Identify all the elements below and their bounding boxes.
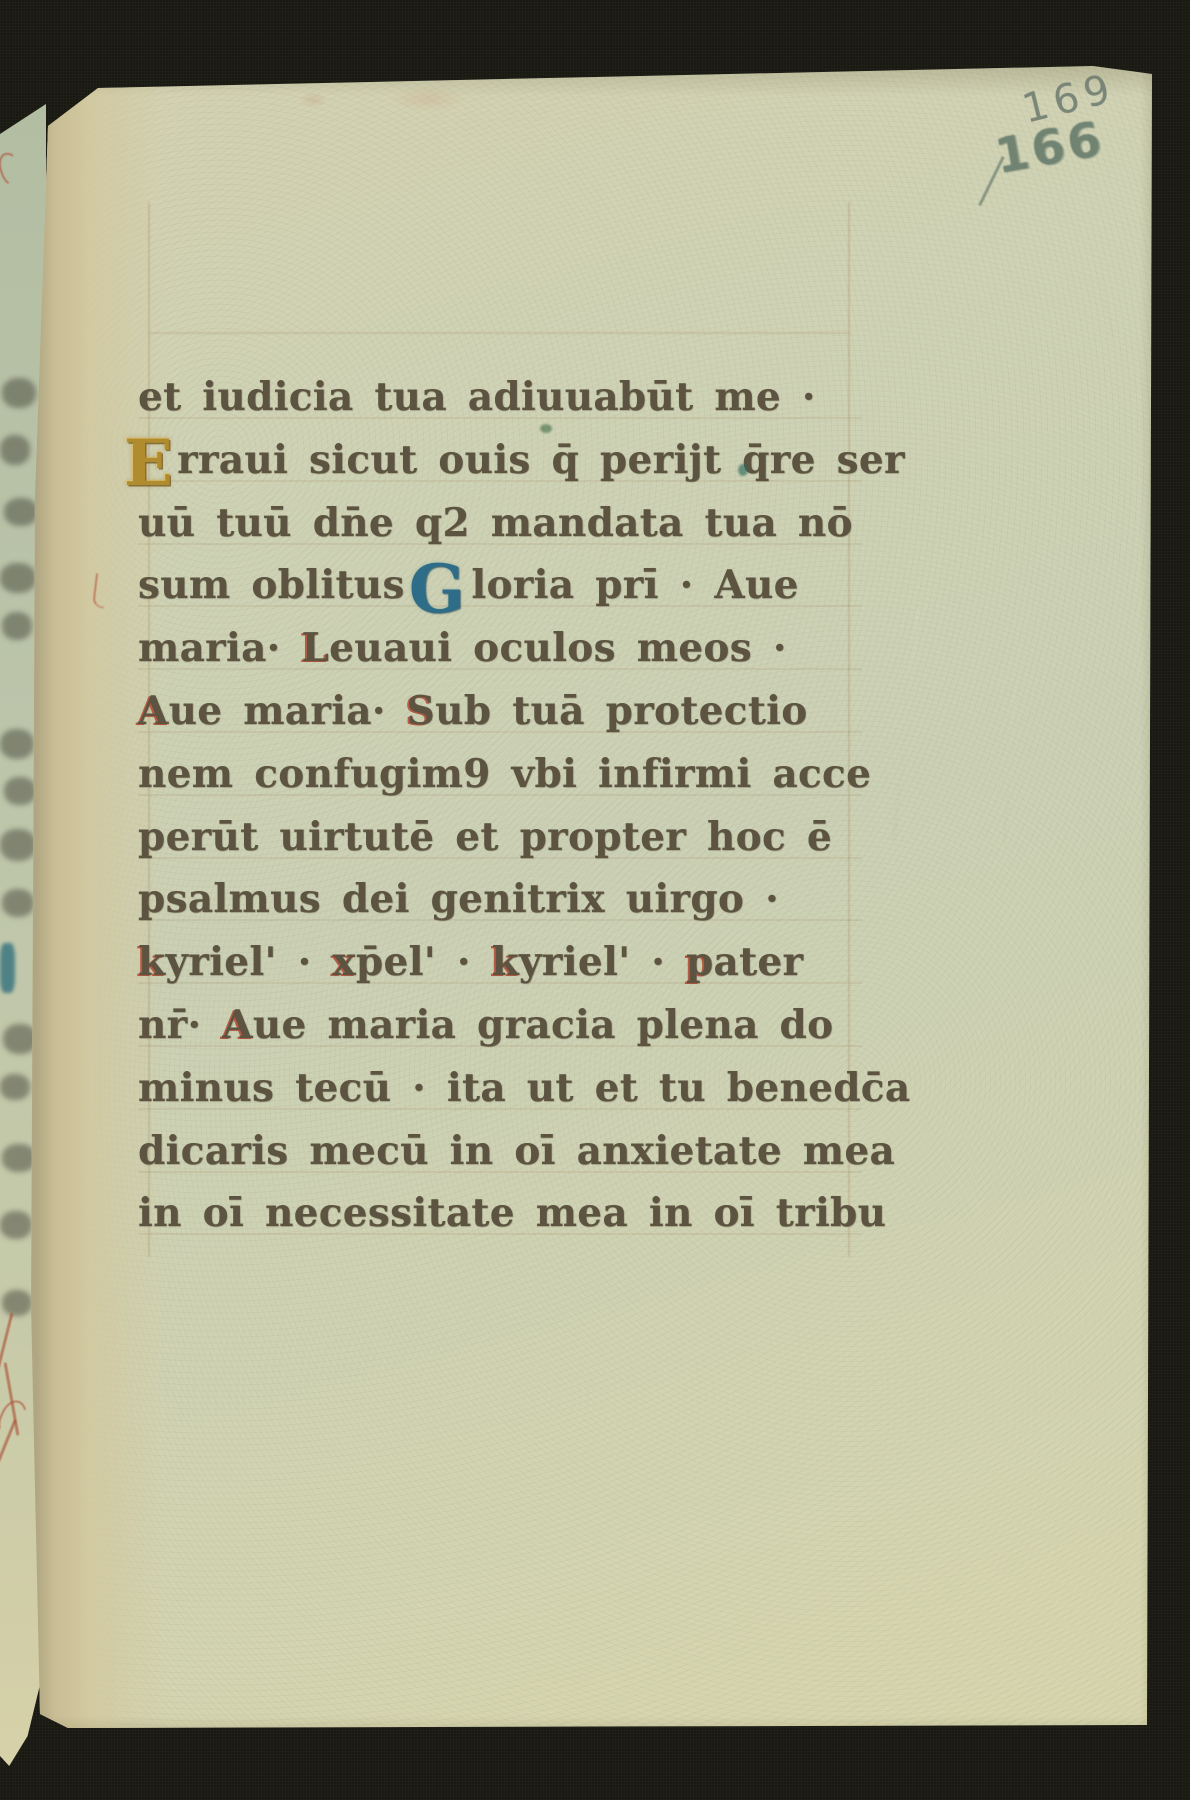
text-segment: yriel' · bbox=[519, 939, 686, 985]
manuscript-line: nem confugim9 vbi infirmi acce bbox=[138, 743, 862, 806]
prev-page-text-fragment bbox=[0, 435, 30, 465]
manuscript-line: minus tecū · ita ut et tu benedc̄a bbox=[138, 1057, 862, 1120]
manuscript-line: dicaris mecū in oī anxietate mea bbox=[138, 1120, 862, 1183]
text-segment: ue maria· bbox=[169, 688, 407, 734]
text-segment: nem confugim9 vbi infirmi acce bbox=[138, 751, 871, 797]
text-segment: et iudicia tua adiuuabūt me · bbox=[138, 374, 816, 420]
text-segment: dicaris mecū in oī anxietate mea bbox=[138, 1128, 895, 1174]
text-segment: uū tuū dn̄e q2 mandata tua nō bbox=[138, 500, 853, 546]
manuscript-line: perūt uirtutē et propter hoc ē bbox=[138, 806, 862, 869]
rubric-segment: A bbox=[138, 688, 169, 734]
text-segment: rraui sicut ouis q̄ perijt q̄re ser bbox=[177, 437, 905, 483]
prev-page-text-fragment bbox=[2, 889, 34, 917]
prev-page-text-fragment bbox=[0, 829, 36, 861]
text-segment: ater bbox=[714, 939, 804, 985]
page-edge-shadow bbox=[28, 66, 1154, 96]
prev-page-text-fragment bbox=[4, 498, 38, 526]
manuscript-page: 169 166 et iudicia tua adiuuabūt me ·Err… bbox=[28, 66, 1154, 1730]
manuscript-photo: 169 166 et iudicia tua adiuuabūt me ·Err… bbox=[0, 0, 1190, 1800]
margin-red-mark bbox=[92, 573, 108, 608]
prev-page-text-fragment bbox=[2, 378, 36, 408]
text-block: et iudicia tua adiuuabūt me ·Erraui sicu… bbox=[138, 366, 862, 1245]
red-pen-flourish bbox=[0, 149, 27, 188]
text-segment: psalmus dei genitrix uirgo · bbox=[138, 876, 779, 922]
text-segment: yriel' · bbox=[165, 939, 332, 985]
text-segment: in oī necessitate mea in oī tribu bbox=[138, 1190, 886, 1236]
text-segment: maria· bbox=[138, 625, 301, 671]
rubric-segment: S bbox=[407, 688, 435, 734]
blue-initial-segment: G bbox=[409, 560, 466, 619]
prev-page-text-fragment bbox=[0, 563, 36, 593]
rubric-segment: L bbox=[301, 625, 329, 671]
manuscript-line: kyriel' · xp̄el' · kyriel' · pater bbox=[138, 931, 862, 994]
page-edge-shadow bbox=[1140, 66, 1154, 1730]
manuscript-line: psalmus dei genitrix uirgo · bbox=[138, 868, 862, 931]
manuscript-line: Aue maria· Sub tuā protectio bbox=[138, 680, 862, 743]
rubric-segment: x bbox=[332, 939, 356, 985]
prev-page-text-fragment bbox=[2, 1144, 36, 1172]
text-segment: minus tecū · ita ut et tu benedc̄a bbox=[138, 1065, 910, 1111]
manuscript-line: maria· Leuaui oculos meos · bbox=[138, 617, 862, 680]
text-segment: ub tuā protectio bbox=[435, 688, 807, 734]
manuscript-line: nr̄· Aue maria gracia plena do bbox=[138, 994, 862, 1057]
text-segment: ue maria gracia plena do bbox=[253, 1002, 834, 1048]
folio-number-pencil-lower: 166 bbox=[991, 111, 1108, 185]
prev-page-text-fragment bbox=[4, 777, 36, 805]
prev-page-text-fragment bbox=[0, 729, 34, 759]
manuscript-line: Erraui sicut ouis q̄ perijt q̄re ser bbox=[138, 429, 862, 492]
ruling-line-top bbox=[148, 332, 850, 334]
prev-page-text-fragment bbox=[3, 1024, 37, 1054]
prev-page-text-fragment bbox=[2, 1290, 32, 1316]
prev-page-blue-initial-fragment bbox=[0, 943, 15, 993]
red-pen-flourish bbox=[0, 1396, 33, 1441]
manuscript-line: uū tuū dn̄e q2 mandata tua nō bbox=[138, 492, 862, 555]
manuscript-line: sum oblitusGloria prī · Aue bbox=[138, 554, 862, 617]
text-segment: nr̄· bbox=[138, 1002, 222, 1048]
gold-initial-segment: E bbox=[124, 435, 173, 493]
parchment-crease bbox=[1002, 686, 1016, 846]
rubric-segment: k bbox=[492, 939, 519, 985]
rubric-segment: k bbox=[138, 939, 165, 985]
page-edge-shadow bbox=[28, 1716, 1154, 1730]
parchment-crease bbox=[892, 610, 920, 839]
rubric-segment: A bbox=[222, 1002, 253, 1048]
rubric-segment: p bbox=[686, 939, 714, 985]
text-segment: euaui oculos meos · bbox=[329, 625, 787, 671]
prev-page-text-fragment bbox=[2, 612, 32, 640]
text-segment: p̄el' · bbox=[356, 939, 492, 985]
text-segment: sum oblitus bbox=[138, 562, 405, 608]
parchment-crease bbox=[1068, 162, 1114, 337]
text-segment: loria prī · Aue bbox=[471, 562, 798, 608]
prev-page-text-fragment bbox=[0, 1074, 30, 1100]
text-segment: perūt uirtutē et propter hoc ē bbox=[138, 814, 832, 860]
manuscript-line: et iudicia tua adiuuabūt me · bbox=[138, 366, 862, 429]
prev-page-text-fragment bbox=[0, 1211, 32, 1239]
manuscript-line: in oī necessitate mea in oī tribu bbox=[138, 1182, 862, 1245]
